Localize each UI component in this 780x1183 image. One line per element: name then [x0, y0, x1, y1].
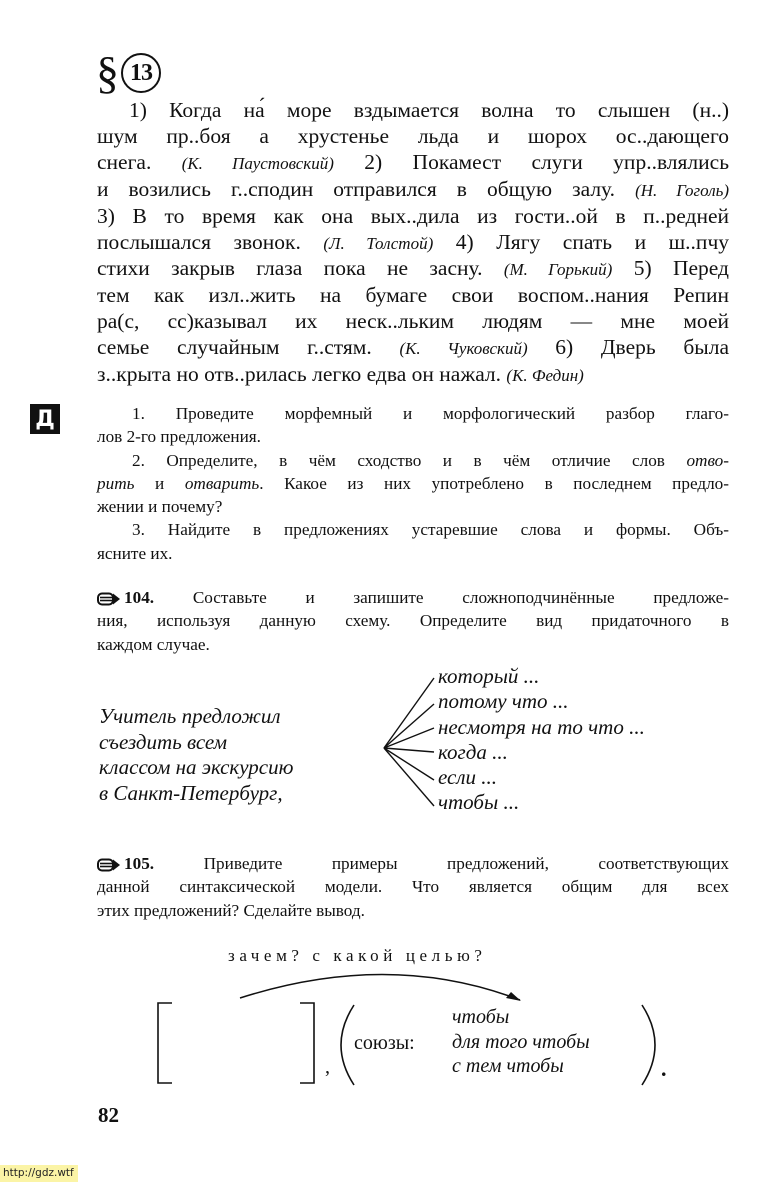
task-2: 2. Определите, в чём сходство и в чём от…	[97, 449, 729, 472]
exercise-13-text: 1) Когда на́ море вздымается волна то сл…	[97, 98, 729, 389]
task-2-cont: рить и отварить. Какое из них употреблен…	[97, 472, 729, 495]
exercise-105-line: данной синтаксической модели. Что являет…	[97, 875, 729, 898]
text-line: снега. (К. Паустовский) 2) Покамест слуг…	[97, 150, 729, 177]
text-line: з..крыта но отв..рилась легко едва он на…	[97, 362, 729, 389]
task-3-cont: ясните их.	[97, 542, 729, 565]
branch-item: который ...	[438, 664, 645, 689]
exercise-104-line: каждом случае.	[97, 633, 729, 656]
author-citation: (Н. Гоголь)	[635, 181, 729, 200]
branch-item: если ...	[438, 765, 645, 790]
author-citation: (М. Горький)	[504, 260, 612, 279]
exercise-104-line: 104. Составьте и запишите сложноподчинён…	[97, 586, 729, 609]
scheme-branches: который ... потому что ... несмотря на т…	[438, 664, 645, 816]
task-list: 1. Проведите морфемный и морфологический…	[97, 402, 729, 565]
page-number: 82	[98, 1103, 119, 1128]
conjunctions-list: чтобы для того чтобы с тем чтобы	[452, 1005, 590, 1079]
author-citation: (К. Чуковский)	[399, 339, 527, 358]
exercise-105: 105. Приведите примеры предложений, соот…	[97, 852, 729, 922]
text-line: ра(с, сс)казывал их неск..льким людям — …	[97, 309, 729, 335]
text-line: послышался звонок. (Л. Толстой) 4) Лягу …	[97, 230, 729, 257]
branch-item: чтобы ...	[438, 790, 645, 815]
section-heading: § 13	[96, 50, 161, 96]
branch-item: несмотря на то что ...	[438, 715, 645, 740]
branch-item: когда ...	[438, 740, 645, 765]
text-line: и возились г..сподин отправился в общую …	[97, 177, 729, 204]
section-number-badge: 13	[121, 53, 161, 93]
text-line: шум пр..боя а хрустенье льда и шорох ос.…	[97, 124, 729, 150]
pencil-icon	[97, 592, 121, 606]
assignment-marker-icon: Д	[30, 404, 60, 434]
section-symbol: §	[96, 50, 119, 96]
scheme-fan-lines	[380, 670, 440, 820]
pencil-icon	[97, 858, 121, 872]
text-line: 3) В то время как она вых..дила из гости…	[97, 204, 729, 230]
task-2-cont: жении и почему?	[97, 495, 729, 518]
task-1-cont: лов 2-го предложения.	[97, 425, 729, 448]
conjunctions-label: союзы:	[354, 1032, 415, 1055]
text-line: стихи закрыв глаза пока не засну. (М. Го…	[97, 256, 729, 283]
branch-item: потому что ...	[438, 689, 645, 714]
model-comma: ,	[325, 1056, 330, 1079]
author-citation: (Л. Толстой)	[323, 234, 433, 253]
conjunction-item: для того чтобы	[452, 1030, 590, 1055]
task-1: 1. Проведите морфемный и морфологический…	[97, 402, 729, 425]
conjunction-item: чтобы	[452, 1005, 590, 1030]
model-period: .	[661, 1056, 667, 1082]
exercise-104: 104. Составьте и запишите сложноподчинён…	[97, 586, 729, 656]
watermark-link[interactable]: http://gdz.wtf	[0, 1165, 78, 1182]
text-line: 1) Когда на́ море вздымается волна то сл…	[97, 98, 729, 124]
conjunction-item: с тем чтобы	[452, 1054, 590, 1079]
exercise-104-line: ния, используя данную схему. Определите …	[97, 609, 729, 632]
author-citation: (К. Федин)	[506, 366, 583, 385]
text-line: тем как изл..жить на бумаге свои воспом.…	[97, 283, 729, 309]
exercise-105-line: 105. Приведите примеры предложений, соот…	[97, 852, 729, 875]
text-line: семье случайным г..стям. (К. Чуковский) …	[97, 335, 729, 362]
exercise-105-line: этих предложений? Сделайте вывод.	[97, 899, 729, 922]
scheme-main-clause: Учитель предложил съездить всем классом …	[99, 704, 293, 806]
task-3: 3. Найдите в предложениях устаревшие сло…	[97, 518, 729, 541]
author-citation: (К. Паустовский)	[182, 154, 334, 173]
syntax-model-diagram	[140, 960, 680, 1090]
